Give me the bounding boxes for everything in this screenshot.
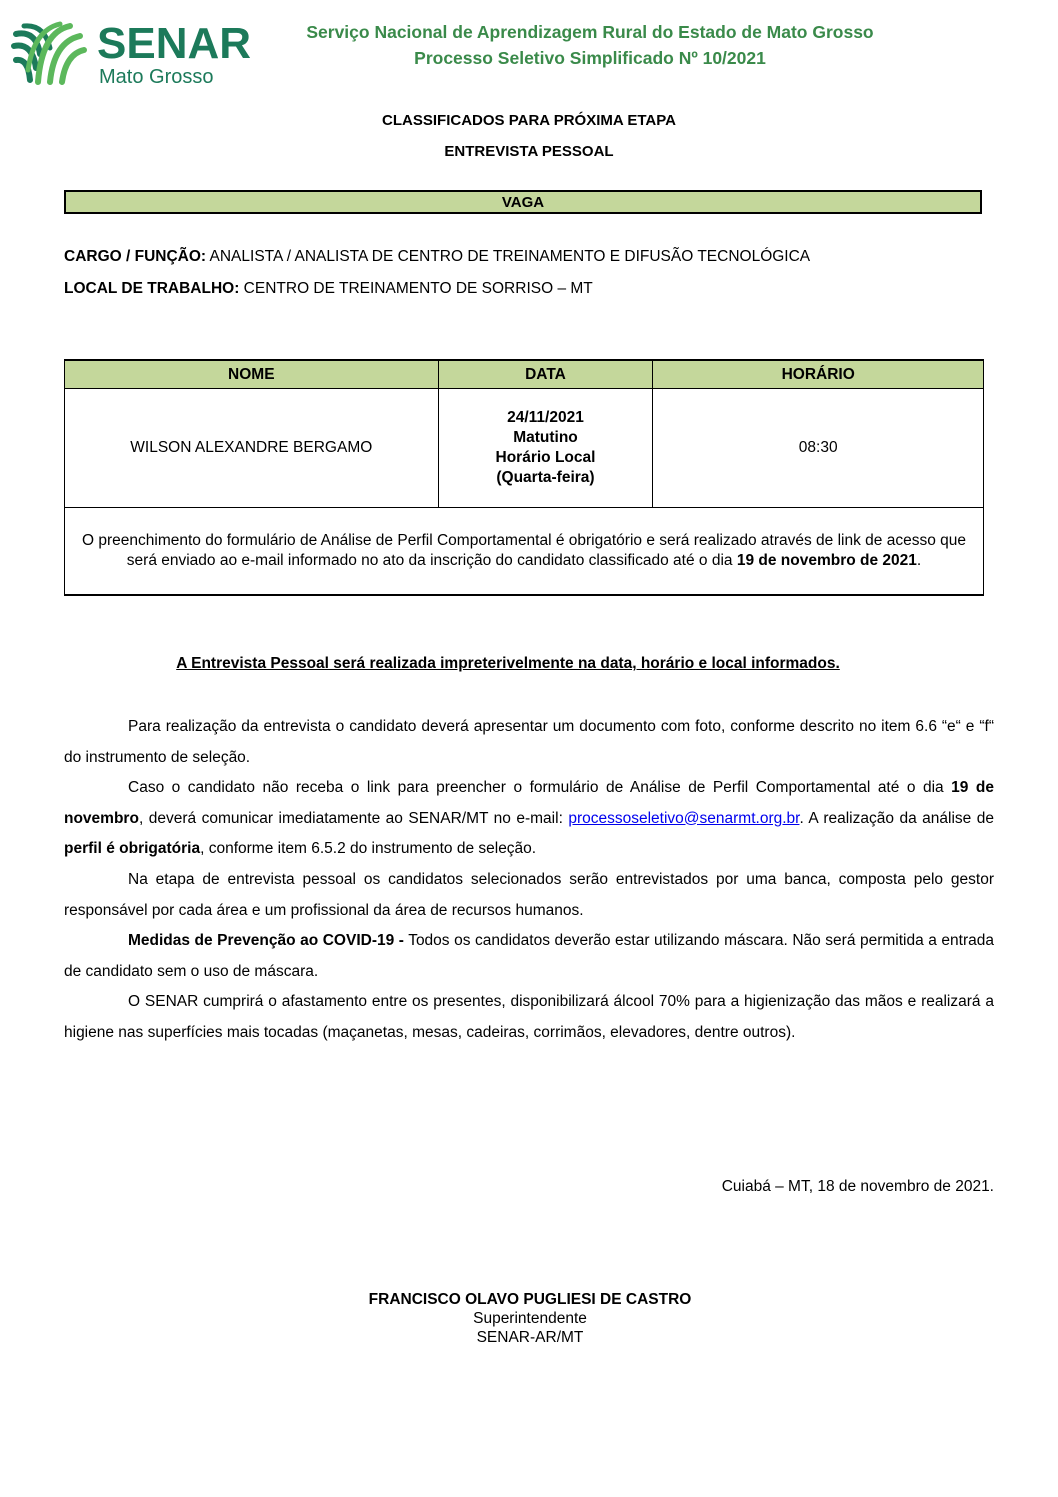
job-position-label: CARGO / FUNÇÃO: [64, 248, 206, 265]
senar-logo: SENAR Mato Grosso [10, 20, 230, 86]
work-location-label: LOCAL DE TRABALHO: [64, 280, 239, 297]
weekday-value: (Quarta-feira) [440, 468, 652, 488]
contact-email-link[interactable]: processoseletivo@senarmt.org.br [568, 810, 799, 827]
note-deadline: 19 de novembro de 2021 [737, 552, 917, 569]
column-header-data: DATA [438, 360, 653, 389]
interview-date: 24/11/2021 Matutino Horário Local (Quart… [438, 389, 653, 508]
candidates-table: NOME DATA HORÁRIO WILSON ALEXANDRE BERGA… [64, 359, 984, 596]
paragraph-covid-measures: Medidas de Prevenção ao COVID-19 - Todos… [64, 926, 994, 987]
paragraph-link-instructions: Caso o candidato não receba o link para … [64, 773, 994, 865]
vaga-section-header: VAGA [64, 190, 982, 214]
candidate-name: WILSON ALEXANDRE BERGAMO [65, 389, 439, 508]
organization-name: Serviço Nacional de Aprendizagem Rural d… [240, 22, 940, 43]
job-position: CARGO / FUNÇÃO: ANALISTA / ANALISTA DE C… [64, 248, 810, 266]
interview-notice: A Entrevista Pessoal será realizada impr… [0, 655, 1016, 673]
period-value: Matutino [440, 428, 652, 448]
work-location: LOCAL DE TRABALHO: CENTRO DE TREINAMENTO… [64, 280, 593, 298]
signatory-role: Superintendente [230, 1309, 830, 1328]
table-note-row: O preenchimento do formulário de Análise… [65, 508, 984, 596]
process-title: Processo Seletivo Simplificado Nº 10/202… [240, 48, 940, 69]
work-location-value: CENTRO DE TREINAMENTO DE SORRISO – MT [239, 280, 592, 297]
table-header-row: NOME DATA HORÁRIO [65, 360, 984, 389]
document-subtitle: ENTREVISTA PESSOAL [0, 143, 1058, 160]
paragraph-interview-panel: Na etapa de entrevista pessoal os candid… [64, 865, 994, 926]
document-title: CLASSIFICADOS PARA PRÓXIMA ETAPA [0, 112, 1058, 129]
date-value: 24/11/2021 [440, 408, 652, 428]
paragraph-document-requirement: Para realização da entrevista o candidat… [64, 712, 994, 773]
job-position-value: ANALISTA / ANALISTA DE CENTRO DE TREINAM… [206, 248, 810, 265]
paragraph-hygiene: O SENAR cumprirá o afastamento entre os … [64, 987, 994, 1048]
timezone-note: Horário Local [440, 448, 652, 468]
interview-time: 08:30 [653, 389, 984, 508]
profile-form-note: O preenchimento do formulário de Análise… [65, 508, 984, 596]
logo-subtitle: Mato Grosso [99, 66, 213, 88]
signatory-organization: SENAR-AR/MT [230, 1328, 830, 1347]
wheat-field-icon [10, 20, 90, 86]
signatory-name: FRANCISCO OLAVO PUGLIESI DE CASTRO [230, 1290, 830, 1309]
place-and-date: Cuiabá – MT, 18 de novembro de 2021. [722, 1178, 994, 1196]
column-header-nome: NOME [65, 360, 439, 389]
logo-wordmark: SENAR [97, 22, 251, 66]
table-row: WILSON ALEXANDRE BERGAMO 24/11/2021 Matu… [65, 389, 984, 508]
column-header-horario: HORÁRIO [653, 360, 984, 389]
